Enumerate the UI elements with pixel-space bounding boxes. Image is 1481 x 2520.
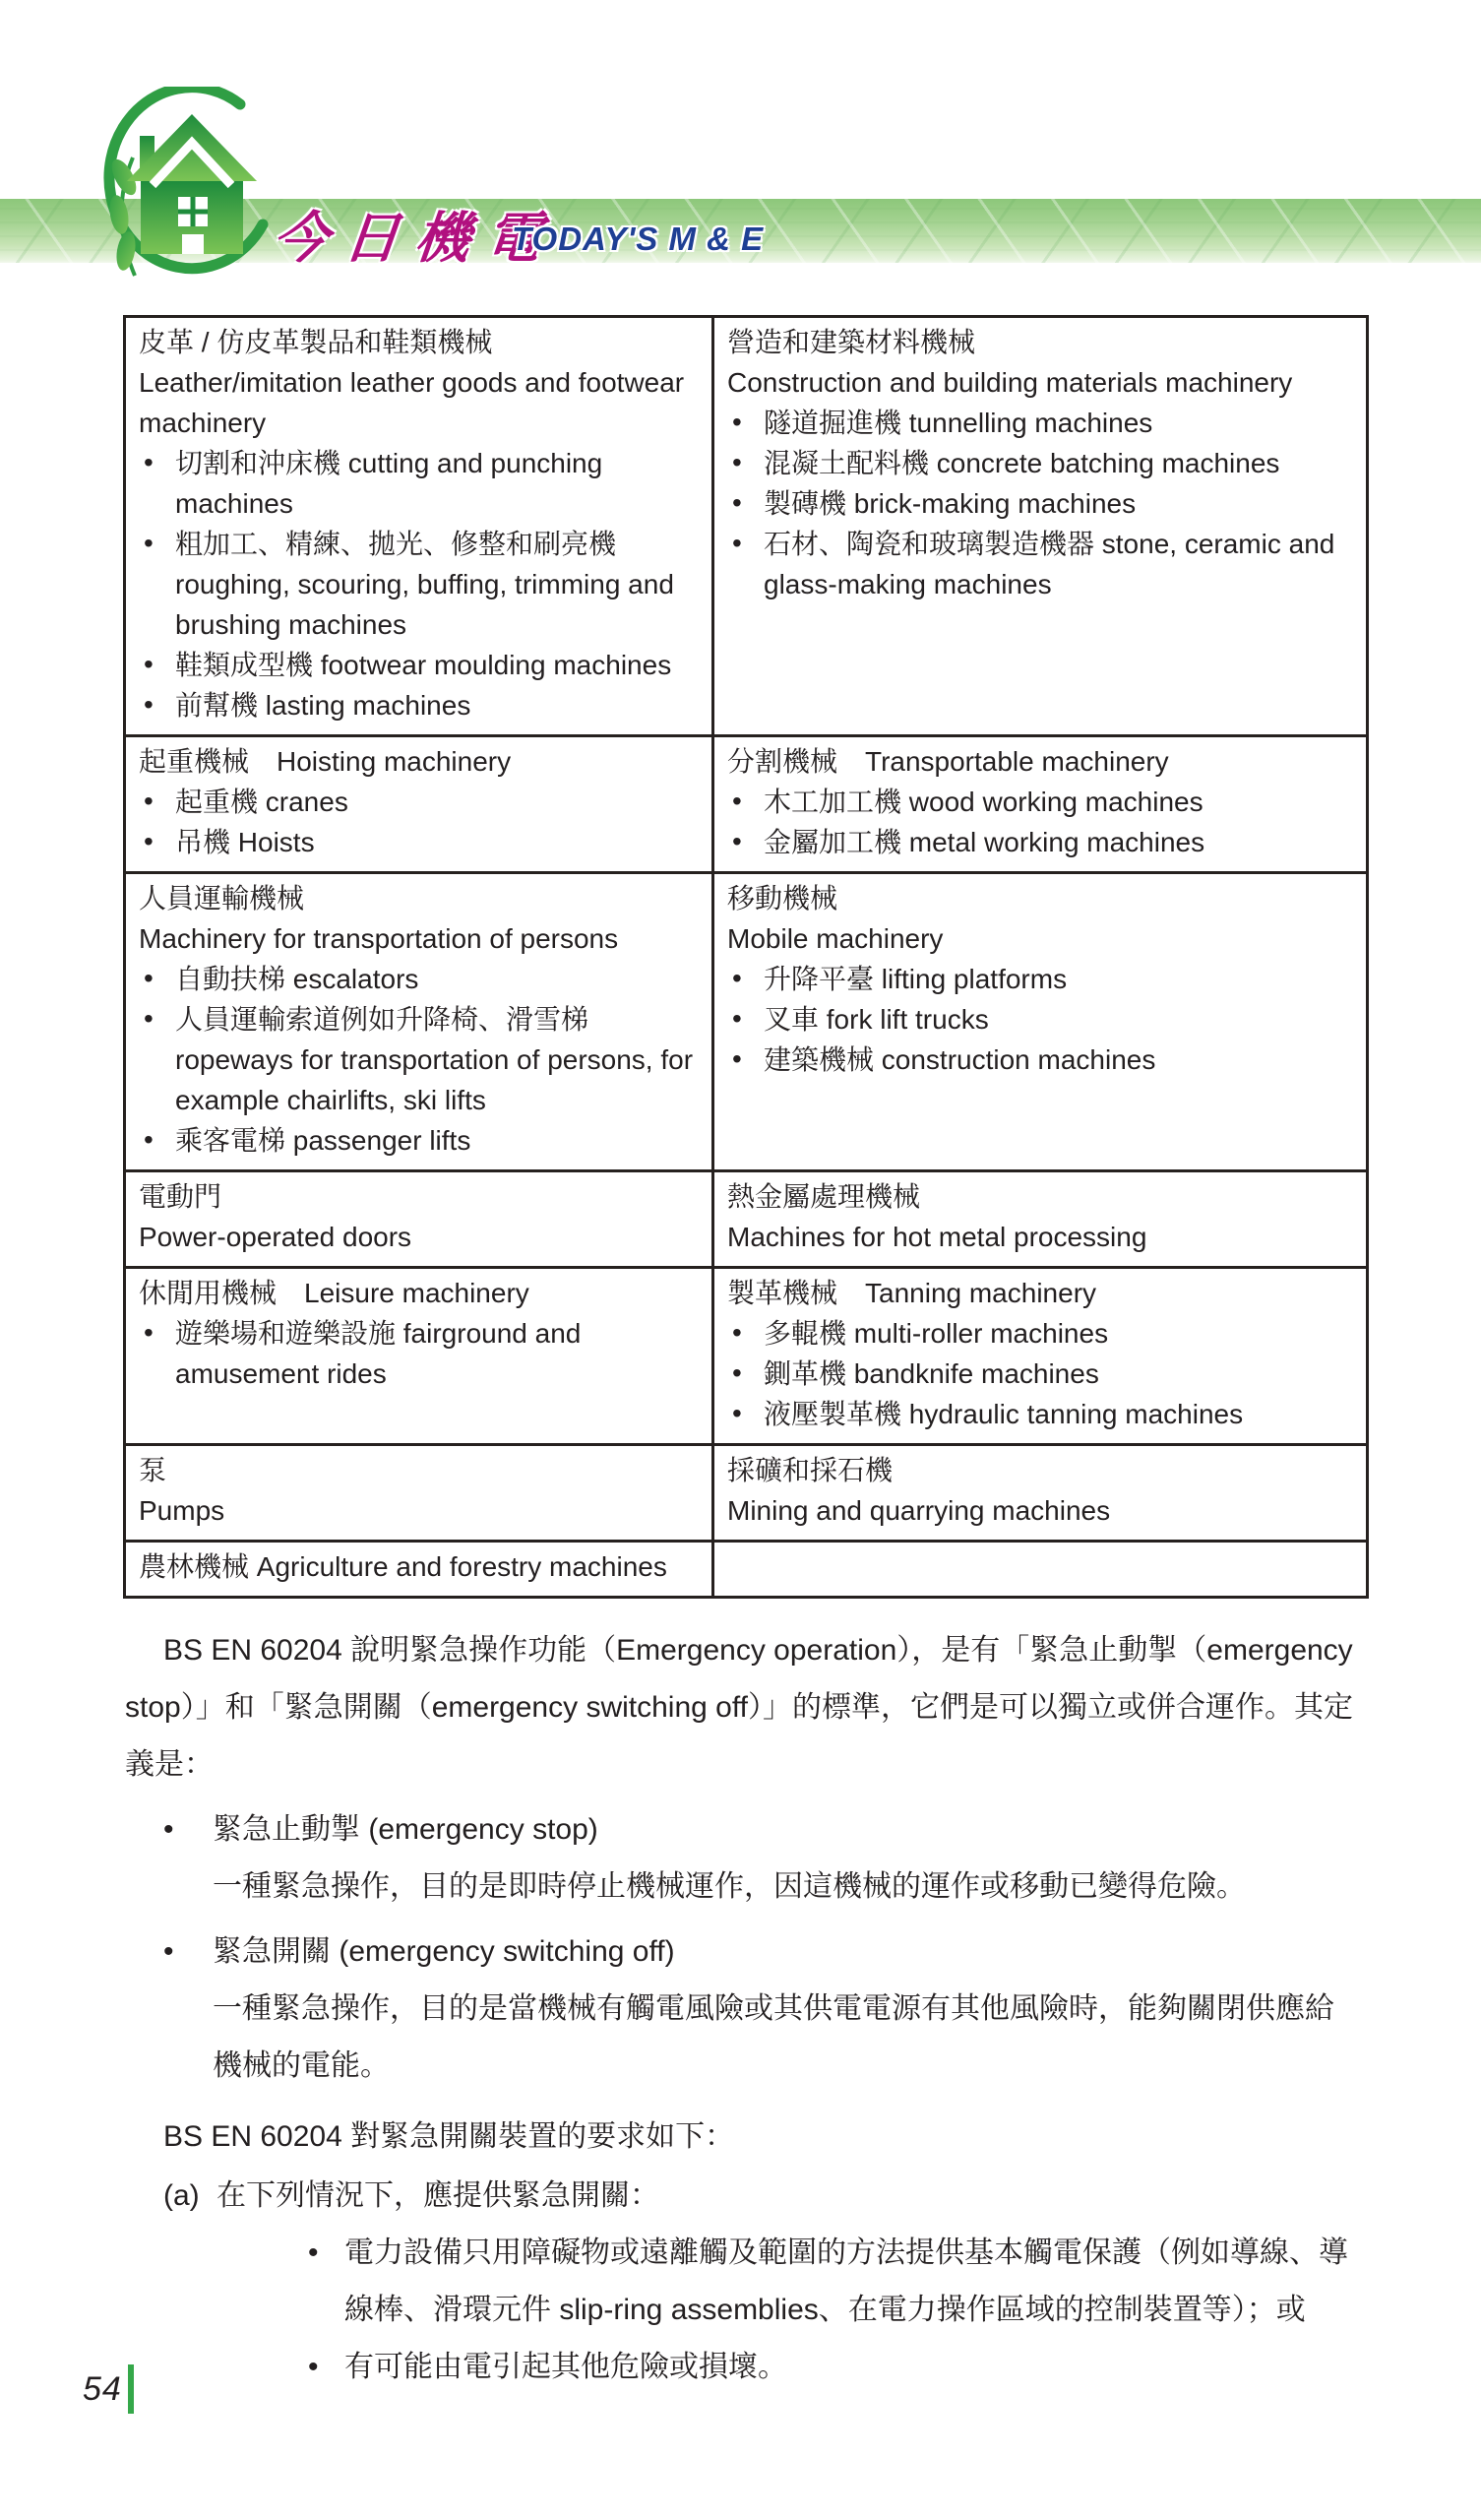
bullet-icon: • xyxy=(144,442,154,482)
magazine-title-en: TODAY'S M & E xyxy=(512,220,764,258)
cell-title: 採礦和採石機 xyxy=(727,1450,1358,1490)
article-body: BS EN 60204 說明緊急操作功能（Emergency operation… xyxy=(125,1622,1363,2396)
bullet-icon: • xyxy=(144,781,154,821)
table-cell-left: 泵Pumps xyxy=(125,1445,713,1542)
bullet-text: 乘客電梯 passenger lifts xyxy=(175,1125,470,1156)
table-cell-left: 農林機械 Agriculture and forestry machines xyxy=(125,1542,713,1598)
cell-title: Power-operated doors xyxy=(139,1217,704,1257)
table-cell-right: 移動機械Mobile machinery•升降平臺 lifting platfo… xyxy=(713,873,1368,1171)
bullet-icon: • xyxy=(732,958,742,998)
bullet-text: 石材、陶瓷和玻璃製造機器 stone, ceramic and glass-ma… xyxy=(764,529,1334,599)
bullet-icon: • xyxy=(144,1119,154,1160)
table-cell-right: 熱金屬處理機械Machines for hot metal processing xyxy=(713,1171,1368,1268)
table-cell-left: 人員運輸機械Machinery for transportation of pe… xyxy=(125,873,713,1171)
bullet-icon: • xyxy=(144,821,154,861)
table-cell-right: 採礦和採石機Mining and quarrying machines xyxy=(713,1445,1368,1542)
bullet-text: 自動扶梯 escalators xyxy=(175,964,418,994)
definition-text: 一種緊急操作，目的是當機械有觸電風險或其供電電源有其他風險時，能夠關閉供應給機械… xyxy=(213,1981,1363,2095)
bullet-icon: • xyxy=(732,482,742,523)
bullet-item: •多輥機 multi-roller machines xyxy=(727,1313,1358,1354)
bullet-icon: • xyxy=(732,523,742,563)
table-row: 起重機械 Hoisting machinery•起重機 cranes•吊機 Ho… xyxy=(125,736,1368,873)
bullet-icon: • xyxy=(144,684,154,724)
bullet-item: •隧道掘進機 tunnelling machines xyxy=(727,403,1358,443)
bullet-text: 電力設備只用障礙物或遠離觸及範圍的方法提供基本觸電保護（例如導線、導線棒、滑環元… xyxy=(344,2236,1348,2326)
bullet-item: •前幫機 lasting machines xyxy=(139,685,704,725)
cell-title: 分割機械 Transportable machinery xyxy=(727,741,1358,782)
cell-title: 電動門 xyxy=(139,1176,704,1217)
cell-title: Machines for hot metal processing xyxy=(727,1217,1358,1257)
machinery-table: 皮革 / 仿皮革製品和鞋類機械Leather/imitation leather… xyxy=(123,315,1369,1599)
definition-text: 一種緊急操作，目的是即時停止機械運作，因這機械的運作或移動已變得危險。 xyxy=(213,1858,1363,1916)
cell-title: 農林機械 Agriculture and forestry machines xyxy=(139,1546,704,1587)
bullet-icon: • xyxy=(308,2339,319,2396)
table-cell-right: 製革機械 Tanning machinery•多輥機 multi-roller … xyxy=(713,1268,1368,1445)
bullet-text: 鞋類成型機 footwear moulding machines xyxy=(175,650,671,680)
bullet-text: 製磚機 brick-making machines xyxy=(764,488,1136,519)
machinery-table-body: 皮革 / 仿皮革製品和鞋類機械Leather/imitation leather… xyxy=(125,317,1368,1598)
table-row: 農林機械 Agriculture and forestry machines xyxy=(125,1542,1368,1598)
bullet-text: 吊機 Hoists xyxy=(175,827,315,857)
bullet-item: •切割和沖床機 cutting and punching machines xyxy=(139,443,704,524)
bullet-text: 多輥機 multi-roller machines xyxy=(764,1318,1108,1349)
bullet-text: 前幫機 lasting machines xyxy=(175,690,470,721)
definition-bullet: •緊急開關 (emergency switching off)一種緊急操作，目的… xyxy=(125,1923,1363,2095)
cell-title: 熱金屬處理機械 xyxy=(727,1176,1358,1217)
item-text: 在下列情況下，應提供緊急開關： xyxy=(216,2168,1363,2225)
bullet-icon: • xyxy=(732,1393,742,1433)
publication-logo xyxy=(93,87,290,298)
bullet-icon: • xyxy=(732,1353,742,1393)
bullet-icon: • xyxy=(732,821,742,861)
table-row: 電動門Power-operated doors熱金屬處理機械Machines f… xyxy=(125,1171,1368,1268)
bullet-item: •叉車 fork lift trucks xyxy=(727,999,1358,1039)
cell-title: Machinery for transportation of persons xyxy=(139,918,704,959)
table-cell-left: 皮革 / 仿皮革製品和鞋類機械Leather/imitation leather… xyxy=(125,317,713,736)
bullet-item: •液壓製革機 hydraulic tanning machines xyxy=(727,1394,1358,1434)
bullet-item: •乘客電梯 passenger lifts xyxy=(139,1120,704,1161)
bullet-icon: • xyxy=(732,998,742,1039)
cell-title: 泵 xyxy=(139,1450,704,1490)
bullet-text: 遊樂場和遊樂設施 fairground and amusement rides xyxy=(175,1318,581,1389)
table-row: 泵Pumps採礦和採石機Mining and quarrying machine… xyxy=(125,1445,1368,1542)
definition-term: 緊急開關 (emergency switching off) xyxy=(213,1923,1363,1981)
bullet-text: 隧道掘進機 tunnelling machines xyxy=(764,408,1152,438)
table-cell-right: 營造和建築材料機械Construction and building mater… xyxy=(713,317,1368,736)
bullet-icon: • xyxy=(144,958,154,998)
definition-term: 緊急止動掣 (emergency stop) xyxy=(213,1801,1363,1858)
table-cell-left: 電動門Power-operated doors xyxy=(125,1171,713,1268)
table-cell-left: 休閒用機械 Leisure machinery•遊樂場和遊樂設施 fairgro… xyxy=(125,1268,713,1445)
bullet-icon: • xyxy=(144,1312,154,1353)
bullet-text: 液壓製革機 hydraulic tanning machines xyxy=(764,1399,1243,1429)
eco-house-logo-icon xyxy=(93,87,290,298)
bullet-item: •人員運輸索道例如升降椅、滑雪梯 ropeways for transporta… xyxy=(139,999,704,1120)
cell-title: 休閒用機械 Leisure machinery xyxy=(139,1273,704,1313)
bullet-text: 鍘革機 bandknife machines xyxy=(764,1358,1099,1389)
cell-title: 皮革 / 仿皮革製品和鞋類機械 xyxy=(139,322,704,362)
table-row: 皮革 / 仿皮革製品和鞋類機械Leather/imitation leather… xyxy=(125,317,1368,736)
bullet-text: 木工加工機 wood working machines xyxy=(764,787,1203,817)
cell-title: Pumps xyxy=(139,1490,704,1531)
door-icon xyxy=(182,234,204,254)
bullet-item: •金屬加工機 metal working machines xyxy=(727,822,1358,862)
item-label: (a) xyxy=(163,2168,200,2225)
bullet-item: •製磚機 brick-making machines xyxy=(727,483,1358,524)
sub-bullet-item: •電力設備只用障礙物或遠離觸及範圍的方法提供基本觸電保護（例如導線、導線棒、滑環… xyxy=(216,2225,1363,2339)
bullet-icon: • xyxy=(144,998,154,1039)
bullet-text: 混凝土配料機 concrete batching machines xyxy=(764,448,1279,478)
bullet-text: 起重機 cranes xyxy=(175,787,348,817)
bullet-text: 人員運輸索道例如升降椅、滑雪梯 ropeways for transportat… xyxy=(175,1004,693,1115)
bullet-text: 升降平臺 lifting platforms xyxy=(764,964,1067,994)
bullet-icon: • xyxy=(144,644,154,684)
table-row: 人員運輸機械Machinery for transportation of pe… xyxy=(125,873,1368,1171)
bullet-item: •粗加工、精練、拋光、修整和刷亮機 roughing, scouring, bu… xyxy=(139,524,704,645)
definition-bullet: •緊急止動掣 (emergency stop)一種緊急操作，目的是即時停止機械運… xyxy=(125,1801,1363,1916)
cell-title: 移動機械 xyxy=(727,878,1358,918)
cell-title: 人員運輸機械 xyxy=(139,878,704,918)
bullet-icon: • xyxy=(163,1923,174,1981)
cell-title: Mining and quarrying machines xyxy=(727,1490,1358,1531)
bullet-icon: • xyxy=(732,781,742,821)
bullet-icon: • xyxy=(732,442,742,482)
bullet-text: 建築機械 construction machines xyxy=(764,1044,1155,1075)
magazine-page: { "header": { "title_zh": "今日機電", "title… xyxy=(0,0,1481,2520)
page-number-bar xyxy=(128,2364,134,2414)
bullet-text: 叉車 fork lift trucks xyxy=(764,1004,989,1035)
table-cell-right xyxy=(713,1542,1368,1598)
bullet-icon: • xyxy=(144,523,154,563)
bullet-item: •升降平臺 lifting platforms xyxy=(727,959,1358,999)
bullet-item: •木工加工機 wood working machines xyxy=(727,782,1358,822)
table-row: 休閒用機械 Leisure machinery•遊樂場和遊樂設施 fairgro… xyxy=(125,1268,1368,1445)
bullet-icon: • xyxy=(732,402,742,442)
bullet-icon: • xyxy=(163,1801,174,1858)
table-cell-left: 起重機械 Hoisting machinery•起重機 cranes•吊機 Ho… xyxy=(125,736,713,873)
lettered-item: (a)在下列情況下，應提供緊急開關：•電力設備只用障礙物或遠離觸及範圍的方法提供… xyxy=(125,2168,1363,2396)
house-icon xyxy=(127,114,257,254)
bullet-text: 金屬加工機 metal working machines xyxy=(764,827,1204,857)
page-number: 54 xyxy=(83,2370,122,2409)
bullet-item: •自動扶梯 escalators xyxy=(139,959,704,999)
bullet-text: 粗加工、精練、拋光、修整和刷亮機 roughing, scouring, buf… xyxy=(175,529,674,640)
cell-title: Mobile machinery xyxy=(727,918,1358,959)
cell-title: 起重機械 Hoisting machinery xyxy=(139,741,704,782)
cell-title: Leather/imitation leather goods and foot… xyxy=(139,362,704,443)
bullet-item: •遊樂場和遊樂設施 fairground and amusement rides xyxy=(139,1313,704,1394)
bullet-item: •混凝土配料機 concrete batching machines xyxy=(727,443,1358,483)
bullet-icon: • xyxy=(732,1312,742,1353)
bullet-item: •鍘革機 bandknife machines xyxy=(727,1354,1358,1394)
body-paragraph: BS EN 60204 對緊急開關裝置的要求如下： xyxy=(125,2109,1363,2166)
bullet-item: •鞋類成型機 footwear moulding machines xyxy=(139,645,704,685)
bullet-text: 有可能由電引起其他危險或損壞。 xyxy=(344,2351,787,2383)
cell-title: Construction and building materials mach… xyxy=(727,362,1358,403)
bullet-icon: • xyxy=(308,2225,319,2282)
cell-title: 製革機械 Tanning machinery xyxy=(727,1273,1358,1313)
bullet-text: 切割和沖床機 cutting and punching machines xyxy=(175,448,602,519)
body-paragraph: BS EN 60204 說明緊急操作功能（Emergency operation… xyxy=(125,1622,1363,1794)
sub-bullet-item: •有可能由電引起其他危險或損壞。 xyxy=(216,2339,1363,2396)
bullet-icon: • xyxy=(732,1039,742,1079)
bullet-item: •建築機械 construction machines xyxy=(727,1039,1358,1080)
bullet-item: •吊機 Hoists xyxy=(139,822,704,862)
bullet-item: •起重機 cranes xyxy=(139,782,704,822)
cell-title: 營造和建築材料機械 xyxy=(727,322,1358,362)
bullet-item: •石材、陶瓷和玻璃製造機器 stone, ceramic and glass-m… xyxy=(727,524,1358,604)
table-cell-right: 分割機械 Transportable machinery•木工加工機 wood … xyxy=(713,736,1368,873)
